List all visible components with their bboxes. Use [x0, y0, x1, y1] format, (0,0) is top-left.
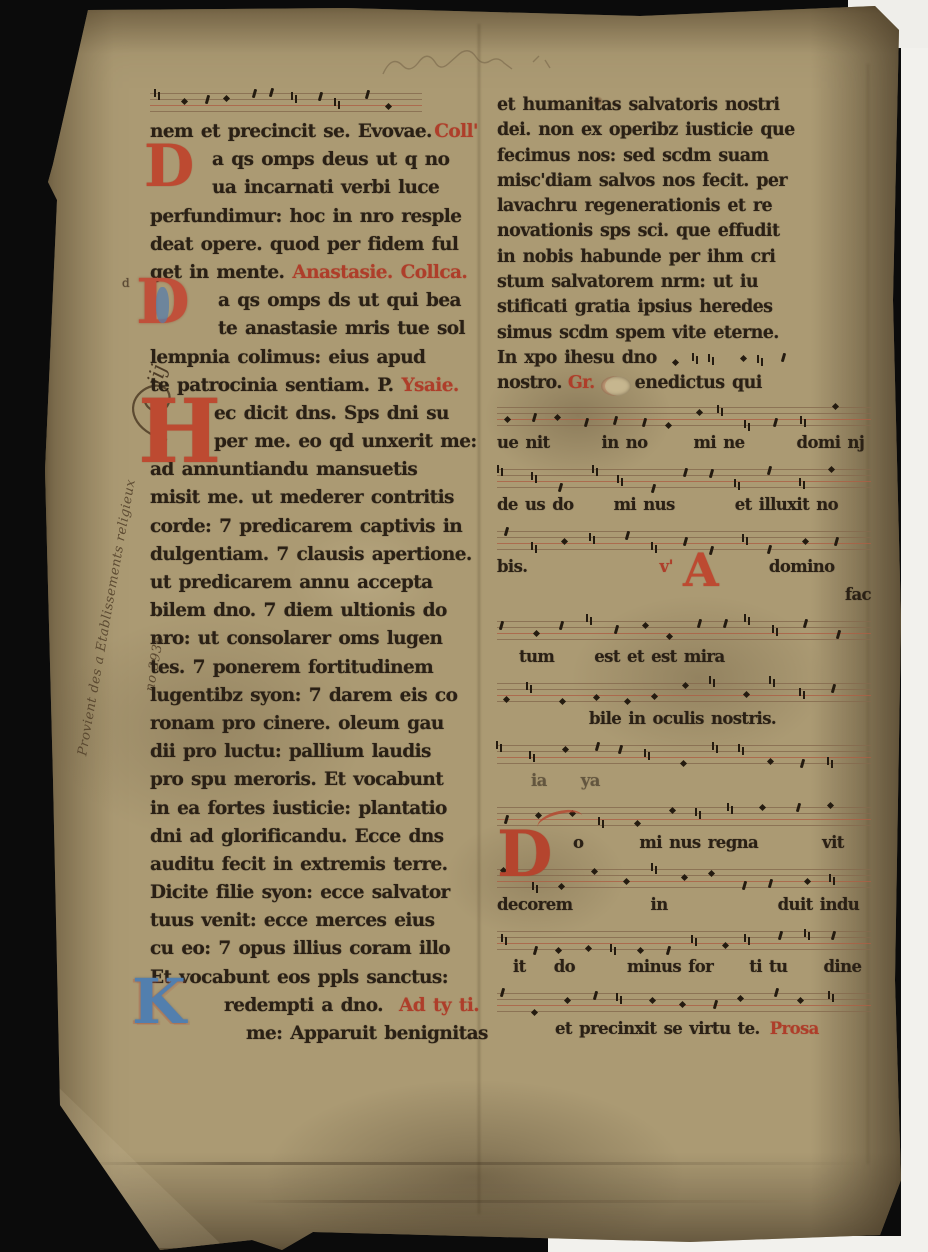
- body-text: in no: [602, 433, 648, 452]
- body-text: domino: [769, 557, 835, 576]
- text-line: nostro.Gr.enedictus qui: [497, 373, 871, 398]
- body-text: tuus venit: ecce merces eius: [150, 910, 434, 931]
- body-text: dii pro luctu: pallium laudis: [150, 741, 431, 762]
- neume-mark: [713, 679, 715, 687]
- body-text: per me. eo qd unxerit me:: [214, 431, 477, 452]
- neume-mark: [558, 883, 565, 890]
- body-text: pro spu meroris. Et vocabunt: [150, 769, 443, 790]
- text-line: ronam pro cinere. oleum gau: [150, 713, 478, 741]
- neume-mark: [803, 691, 805, 699]
- music-stave: [497, 675, 871, 709]
- rubric-text: Coll': [434, 121, 478, 142]
- neume-mark: [503, 696, 510, 703]
- neume-mark: [618, 744, 623, 753]
- body-text: bile in oculis nostris.: [589, 709, 776, 728]
- text-column-right: et humanitas salvatoris nostridei. non e…: [497, 95, 871, 399]
- neume-mark: [716, 745, 718, 753]
- neume-mark: [559, 698, 566, 705]
- neume-mark: [832, 994, 834, 1002]
- neume-mark: [683, 468, 688, 477]
- folded-corner: [55, 1084, 225, 1248]
- stave-line: [497, 639, 871, 640]
- neume-mark: [737, 995, 744, 1002]
- neume-mark: [648, 752, 650, 760]
- music-column-right: ue nitin nomi nedomi njde us domi nuset …: [497, 399, 871, 1047]
- neume-mark: [624, 698, 631, 705]
- neume-mark: [364, 89, 369, 98]
- body-text: et precinxit se virtu te.: [555, 1019, 760, 1038]
- neume-mark: [741, 881, 746, 890]
- neume-mark: [295, 95, 297, 103]
- body-text: ua incarnati verbi luce: [212, 177, 439, 198]
- music-stave: [497, 613, 871, 647]
- stave-line: [497, 999, 871, 1000]
- body-text: et humanitas salvatoris nostri: [497, 95, 779, 115]
- body-text: lavachru regenerationis et re: [497, 196, 772, 216]
- neume-mark: [804, 878, 811, 885]
- text-line: ua incarnati verbi luce: [150, 177, 478, 205]
- body-text: nostro.: [497, 373, 562, 393]
- stave-line: [497, 407, 871, 408]
- music-stave: [150, 85, 422, 119]
- text-line: nro: ut consolarer oms lugen: [150, 628, 478, 656]
- neume-mark: [695, 938, 697, 946]
- body-text: stificati gratia ipsius heredes: [497, 297, 772, 317]
- neume-mark: [535, 475, 537, 483]
- stave-line: [150, 111, 422, 112]
- horizontal-crease-2: [245, 1200, 805, 1203]
- music-stave: [497, 985, 871, 1019]
- neume-mark: [623, 878, 630, 885]
- neume-mark: [743, 691, 750, 698]
- neume-mark: [531, 1009, 538, 1016]
- backing-sheet-right: [901, 0, 928, 1252]
- neume-mark: [773, 679, 775, 687]
- neume-mark: [827, 802, 834, 809]
- text-line: In xpo ihesu dno: [497, 348, 871, 373]
- horizontal-crease: [75, 1162, 865, 1165]
- neume-mark: [708, 870, 715, 877]
- initial-D-dominus: D: [497, 823, 552, 887]
- neume-mark: [776, 628, 778, 636]
- text-line: Dicite filie syon: ecce salvator: [150, 882, 478, 910]
- guide-letter: d: [122, 277, 129, 289]
- neume-mark: [832, 403, 839, 410]
- stave-line: [150, 105, 422, 106]
- neume-mark: [665, 946, 670, 955]
- neume-mark: [831, 760, 833, 768]
- neume-mark: [696, 409, 703, 416]
- stave-line: [497, 751, 871, 752]
- body-text: ronam pro cinere. oleum gau: [150, 713, 444, 734]
- text-line: lempnia colimus: eius apud: [150, 347, 478, 375]
- parchment-hole: [601, 376, 631, 396]
- text-line: stificati gratia ipsius heredes: [497, 297, 871, 322]
- music-stave-inline: [665, 349, 815, 373]
- text-line: get in mente.Anastasie. Collca.: [150, 262, 478, 290]
- neume-mark: [721, 408, 723, 416]
- body-text: dulgentiam. 7 clausis apertione.: [150, 544, 472, 565]
- body-text: ia: [531, 771, 547, 790]
- body-text: a qs omps ds ut qui bea: [218, 290, 461, 311]
- stave-line: [497, 689, 871, 690]
- initial-A-adomino: A: [683, 547, 718, 593]
- neume-mark: [748, 423, 750, 431]
- body-text: ue nit: [497, 433, 550, 452]
- body-text: vit: [822, 833, 844, 852]
- stave-line: [497, 993, 871, 994]
- neume-mark: [504, 415, 511, 422]
- neume-mark: [637, 947, 644, 954]
- body-text: corde: 7 predicarem captivis in: [150, 516, 462, 537]
- neume-mark: [672, 359, 679, 366]
- text-line: tes. 7 ponerem fortitudinem: [150, 657, 478, 685]
- faded-inscription: [373, 40, 623, 90]
- neume-mark: [338, 101, 340, 109]
- body-text: nro: ut consolarer oms lugen: [150, 628, 442, 649]
- music-stave: [497, 861, 871, 895]
- neume-mark: [385, 102, 392, 109]
- stave-line: [497, 627, 871, 628]
- text-line: novationis sps sci. que effudit: [497, 221, 871, 246]
- neume-mark: [223, 95, 230, 102]
- text-line: bile in oculis nostris.: [497, 709, 871, 737]
- neume-mark: [505, 937, 507, 945]
- stave-line: [497, 487, 871, 488]
- neume-mark: [649, 997, 656, 1004]
- neume-mark: [620, 996, 622, 1004]
- body-text: minus for: [627, 957, 713, 976]
- neume-mark: [778, 930, 783, 939]
- initial-blue-infill: [156, 287, 169, 323]
- neume-mark: [590, 617, 592, 625]
- body-text: in ea fortes iusticie: plantatio: [150, 798, 447, 819]
- stave-line: [497, 621, 871, 622]
- body-text: est et est mira: [594, 647, 724, 666]
- neume-mark: [699, 811, 701, 819]
- text-line: a qs omps ds ut qui bea: [150, 290, 478, 318]
- stave-line: [497, 481, 871, 482]
- stave-line: [497, 531, 871, 532]
- neume-mark: [530, 685, 532, 693]
- text-line: me: Apparuit benignitas: [150, 1023, 478, 1051]
- text-line: dulgentiam. 7 clausis apertione.: [150, 544, 478, 572]
- stave-line: [497, 425, 871, 426]
- body-text: stum salvatorem nrm: ut iu: [497, 272, 758, 292]
- neume-mark: [564, 997, 571, 1004]
- body-text: in: [651, 895, 668, 914]
- body-text: In xpo ihesu dno: [497, 348, 657, 368]
- body-text: simus scdm spem vite eterne.: [497, 323, 779, 343]
- text-line: cu eo: 7 opus illius coram illo: [150, 938, 478, 966]
- stave-line: [497, 419, 871, 420]
- neume-mark: [554, 414, 561, 421]
- text-line: lugentibz syon: 7 darem eis co: [150, 685, 478, 713]
- neume-mark: [499, 621, 504, 630]
- music-stave: [497, 923, 871, 957]
- neume-mark: [748, 937, 750, 945]
- neume-mark: [559, 621, 564, 630]
- body-text: dei. non ex operibz iusticie que: [497, 120, 795, 140]
- body-text: domi nj: [797, 433, 865, 452]
- text-line: misit me. ut mederer contritis: [150, 487, 478, 515]
- neume-mark: [781, 353, 786, 362]
- rubric-text: Gr.: [568, 373, 595, 393]
- body-text: cu eo: 7 opus illius coram illo: [150, 938, 450, 959]
- body-text: et illuxit no: [735, 495, 838, 514]
- stave-line: [497, 931, 871, 932]
- body-text: perfundimur: hoc in nro resple: [150, 206, 461, 227]
- neume-mark: [759, 804, 766, 811]
- neume-mark: [621, 478, 623, 486]
- neume-mark: [535, 545, 537, 553]
- text-line: pro spu meroris. Et vocabunt: [150, 769, 478, 797]
- rubric-text: Ad ty ti.: [399, 995, 479, 1016]
- stave-line: [497, 943, 871, 944]
- text-line: tumest et est mira: [497, 647, 871, 675]
- body-text: fac: [845, 585, 871, 604]
- text-line: Et vocabunt eos ppls sanctus:: [150, 967, 478, 995]
- body-text: tes. 7 ponerem fortitudinem: [150, 657, 433, 678]
- neume-mark: [740, 355, 747, 362]
- stave-line: [497, 633, 871, 634]
- body-text: fecimus nos: sed scdm suam: [497, 146, 768, 166]
- stave-line: [150, 99, 422, 100]
- neume-mark: [796, 997, 803, 1004]
- body-text: redempti a dno.: [224, 995, 383, 1016]
- neume-mark: [533, 754, 535, 762]
- body-text: me: Apparuit benignitas: [246, 1023, 488, 1044]
- body-text: dine: [823, 957, 861, 976]
- neume-mark: [828, 466, 835, 473]
- neume-mark: [767, 466, 772, 475]
- neume-mark: [655, 866, 657, 874]
- neume-mark: [746, 537, 748, 545]
- body-text: auditu fecit in extremis terre.: [150, 854, 448, 875]
- rubric-text: v': [659, 557, 672, 576]
- manuscript-scan: iij Provient des a Etablissements religi…: [0, 0, 928, 1252]
- neume-mark: [595, 741, 600, 750]
- music-stave: [497, 461, 871, 495]
- neume-mark: [833, 877, 835, 885]
- text-line: itdominus forti tudine: [497, 957, 871, 985]
- neume-mark: [501, 468, 503, 476]
- body-text: de us do: [497, 495, 574, 514]
- text-line: a qs omps deus ut q no: [150, 149, 478, 177]
- initial-K-epistle: K: [132, 971, 185, 1033]
- text-line: decoreminduit indu: [497, 895, 871, 923]
- stave-line: [497, 887, 871, 888]
- text-line: redempti a dno.Ad ty ti.: [150, 995, 478, 1023]
- neume-mark: [614, 947, 616, 955]
- text-line: tuus venit: ecce merces eius: [150, 910, 478, 938]
- body-text: lempnia colimus: eius apud: [150, 347, 425, 368]
- text-line: iaya: [497, 771, 871, 799]
- body-text: duit indu: [778, 895, 860, 914]
- neume-mark: [665, 422, 672, 429]
- text-line: ut predicarem annu accepta: [150, 572, 478, 600]
- body-text: ec dicit dns. Sps dni su: [214, 403, 449, 424]
- neume-mark: [712, 357, 714, 365]
- text-line: et humanitas salvatoris nostri: [497, 95, 871, 120]
- neume-mark: [555, 947, 562, 954]
- neume-mark: [742, 747, 744, 755]
- neume-mark: [680, 760, 687, 767]
- neume-mark: [655, 545, 657, 553]
- neume-mark: [802, 538, 809, 545]
- body-text: Et vocabunt eos ppls sanctus:: [150, 967, 448, 988]
- neume-mark: [808, 932, 810, 940]
- stave-line: [150, 93, 422, 94]
- body-text: lugentibz syon: 7 darem eis co: [150, 685, 457, 706]
- neume-mark: [532, 413, 537, 422]
- text-line: dei. non ex operibz iusticie que: [497, 120, 871, 145]
- body-text: mi nus: [614, 495, 675, 514]
- manuscript-page: iij Provient des a Etablissements religi…: [45, 4, 905, 1252]
- initial-D-anastasia: Dd: [136, 271, 189, 333]
- neume-mark: [679, 1001, 686, 1008]
- text-line: simus scdm spem vite eterne.: [497, 323, 871, 348]
- neume-mark: [651, 693, 658, 700]
- initial-letter: A: [683, 547, 718, 593]
- initial-letter: H: [138, 387, 221, 475]
- text-line: omi nus regnavit: [497, 833, 871, 861]
- body-text: o: [573, 833, 583, 852]
- text-column-left: nem et precincit se. Evovae.Coll'a qs om…: [150, 121, 478, 1051]
- body-text: decorem: [497, 895, 573, 914]
- neume-mark: [803, 481, 805, 489]
- body-text: deat opere. quod per fidem ful: [150, 234, 458, 255]
- body-text: dni ad glorificandu. Ecce dns: [150, 826, 444, 847]
- body-text: novationis sps sci. que effudit: [497, 221, 779, 241]
- neume-mark: [158, 92, 160, 100]
- body-text: enedictus qui: [635, 373, 762, 393]
- neume-mark: [761, 358, 763, 366]
- text-line: dii pro luctu: pallium laudis: [150, 741, 478, 769]
- neume-mark: [642, 622, 649, 629]
- text-line: in nobis habunde per ihm cri: [497, 247, 871, 272]
- body-text: ya: [581, 771, 600, 790]
- neume-mark: [204, 95, 209, 104]
- neume-mark: [585, 945, 592, 952]
- music-stave: [497, 399, 871, 433]
- body-text: Dicite filie syon: ecce salvator: [150, 882, 450, 903]
- text-line: corde: 7 predicarem captivis in: [150, 516, 478, 544]
- text-line: te anastasie mris tue sol: [150, 318, 478, 346]
- text-line: et precinxit se virtu te.Prosa: [497, 1019, 871, 1047]
- neume-mark: [709, 468, 714, 477]
- text-line: de us domi nuset illuxit no: [497, 495, 871, 523]
- body-text: ti tu: [749, 957, 787, 976]
- stave-line: [497, 701, 871, 702]
- neume-mark: [613, 416, 618, 425]
- body-text: te anastasie mris tue sol: [218, 318, 465, 339]
- neume-mark: [748, 617, 750, 625]
- initial-H-lectio: H: [138, 387, 221, 475]
- rubric-text: Prosa: [770, 1019, 819, 1038]
- stave-line: [497, 695, 871, 696]
- text-line: bilem dno. 7 diem ultionis do: [150, 600, 478, 628]
- neume-mark: [696, 356, 698, 364]
- neume-mark: [593, 536, 595, 544]
- neume-mark: [533, 945, 538, 954]
- body-text: tum: [519, 647, 554, 666]
- body-text: bis.: [497, 557, 527, 576]
- neume-mark: [500, 744, 502, 752]
- body-text: misit me. ut mederer contritis: [150, 487, 454, 508]
- rubric-text: Anastasie. Collca.: [292, 262, 467, 283]
- text-line: misc'diam salvos nos fecit. per: [497, 171, 871, 196]
- neume-mark: [804, 419, 806, 427]
- body-text: in nobis habunde per ihm cri: [497, 247, 775, 267]
- neume-mark: [533, 630, 540, 637]
- text-line: fecimus nos: sed scdm suam: [497, 146, 871, 171]
- neume-mark: [650, 484, 655, 493]
- body-text: misc'diam salvos nos fecit. per: [497, 171, 787, 191]
- stave-line: [497, 1011, 871, 1012]
- rubric-text: Ysaie.: [401, 375, 458, 396]
- text-line: auditu fecit in extremis terre.: [150, 854, 478, 882]
- text-line: nem et precincit se. Evovae.Coll': [150, 121, 478, 149]
- initial-letter: D: [497, 823, 552, 887]
- text-line: lavachru regenerationis et re: [497, 196, 871, 221]
- initial-letter: K: [132, 971, 185, 1033]
- music-stave: [497, 737, 871, 771]
- stave-line: [497, 807, 871, 808]
- text-line: perfundimur: hoc in nro resple: [150, 206, 478, 234]
- text-line: in ea fortes iusticie: plantatio: [150, 798, 478, 826]
- text-line: deat opere. quod per fidem ful: [150, 234, 478, 262]
- neume-mark: [602, 820, 604, 828]
- body-text: a qs omps deus ut q no: [212, 149, 449, 170]
- neume-mark: [731, 806, 733, 814]
- stave-line: [497, 757, 871, 758]
- neume-mark: [624, 531, 629, 540]
- neume-mark: [835, 630, 840, 639]
- stave-line: [497, 937, 871, 938]
- body-text: bilem dno. 7 diem ultionis do: [150, 600, 447, 621]
- text-line: ue nitin nomi nedomi nj: [497, 433, 871, 461]
- neume-mark: [596, 468, 598, 476]
- stave-line: [497, 745, 871, 746]
- body-text: mi nus regna: [639, 833, 758, 852]
- text-line: dni ad glorificandu. Ecce dns: [150, 826, 478, 854]
- body-text: do: [554, 957, 575, 976]
- body-text: mi ne: [694, 433, 745, 452]
- stave-line: [497, 949, 871, 950]
- body-text: ut predicarem annu accepta: [150, 572, 433, 593]
- stave-line: [497, 869, 871, 870]
- body-text: it: [513, 957, 526, 976]
- neume-mark: [834, 537, 839, 546]
- initial-D-collect: D: [144, 137, 194, 195]
- neume-mark: [738, 482, 740, 490]
- stave-line: [497, 413, 871, 414]
- initial-letter: D: [144, 137, 194, 195]
- text-line: stum salvatorem nrm: ut iu: [497, 272, 871, 297]
